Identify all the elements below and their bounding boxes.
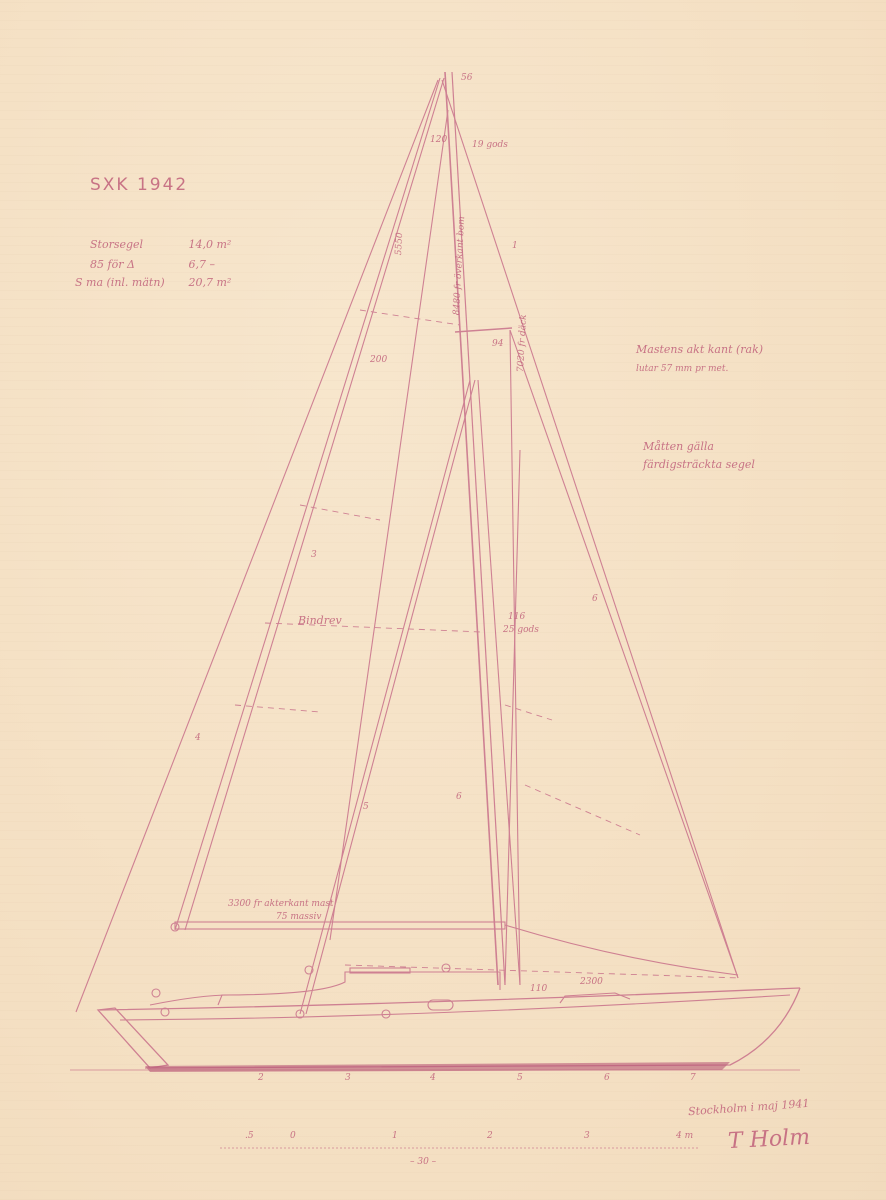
dim-94: 94 xyxy=(492,339,503,349)
sail-area-value: 6,7 – xyxy=(189,258,216,271)
dim-116: 116 xyxy=(508,612,525,622)
batten-label: 4 xyxy=(195,733,201,743)
scale-tick: .5 xyxy=(245,1131,254,1141)
sail-area-row: S ma (inl. mätn) 20,7 m² xyxy=(75,276,231,289)
station-mark: 5 xyxy=(517,1073,523,1083)
sail-area-label: S ma (inl. mätn) xyxy=(75,276,185,289)
dim-120: 120 xyxy=(430,135,447,145)
mainsail-leech xyxy=(175,78,440,930)
shroud xyxy=(300,380,470,1014)
cabin xyxy=(218,972,500,1005)
boom-note: 3300 fr akterkant mast xyxy=(228,899,334,909)
signature: T Holm xyxy=(727,1125,810,1154)
dim-19-gods: 19 gods xyxy=(472,140,508,150)
scale-tick: 3 xyxy=(584,1131,590,1141)
reef-label: Bindrev xyxy=(298,614,342,627)
batten-label: 1 xyxy=(512,241,518,251)
boom xyxy=(175,922,505,929)
batten-label: 3 xyxy=(311,550,317,560)
mast-note-line1: Mastens akt kant (rak) xyxy=(636,343,763,356)
measure-note-line1: Måtten gälla xyxy=(643,440,714,453)
station-mark: 6 xyxy=(604,1073,610,1083)
scale-tick: 4 m xyxy=(676,1131,693,1141)
station-mark: 3 xyxy=(345,1073,351,1083)
measure-note-line2: färdigsträckta segel xyxy=(643,458,755,471)
backstay xyxy=(76,80,438,1012)
scale-tick: 1 xyxy=(392,1131,398,1141)
boom-section: 75 massiv xyxy=(276,912,321,922)
jib-foot xyxy=(505,925,738,975)
sail-area-row: Storsegel 14,0 m² xyxy=(90,238,231,251)
station-mark: 2 xyxy=(258,1073,264,1083)
rudder xyxy=(98,1008,168,1068)
dim-110: 110 xyxy=(530,984,547,994)
page-number: – 30 – xyxy=(410,1157,436,1167)
station-mark: 4 xyxy=(430,1073,436,1083)
dim-25-gods: 25 gods xyxy=(503,625,539,635)
batten-label: 5 xyxy=(363,802,369,812)
sail-area-value: 20,7 m² xyxy=(189,276,232,289)
dim-forestay: 5550 xyxy=(394,232,405,255)
station-mark: 7 xyxy=(690,1073,696,1083)
sail-area-value: 14,0 m² xyxy=(189,238,232,251)
batten-label: 6 xyxy=(456,792,462,802)
drawing-title: SXK 1942 xyxy=(90,175,188,195)
mast xyxy=(445,72,498,985)
dim-foot: 2300 xyxy=(580,977,603,987)
dim-200: 200 xyxy=(370,355,387,365)
hull-sheer xyxy=(100,988,800,1010)
mast-note-line2: lutar 57 mm pr met. xyxy=(636,364,728,374)
sail-area-label: Storsegel xyxy=(90,238,185,251)
dim-masthead: 56 xyxy=(461,73,472,83)
batten-label: 6 xyxy=(592,594,598,604)
scale-tick: 0 xyxy=(290,1131,296,1141)
scale-tick: 2 xyxy=(487,1131,493,1141)
forestay xyxy=(442,80,738,978)
sail-area-label: 85 för Δ xyxy=(90,258,185,271)
sail-area-row: 85 för Δ 6,7 – xyxy=(90,258,215,271)
